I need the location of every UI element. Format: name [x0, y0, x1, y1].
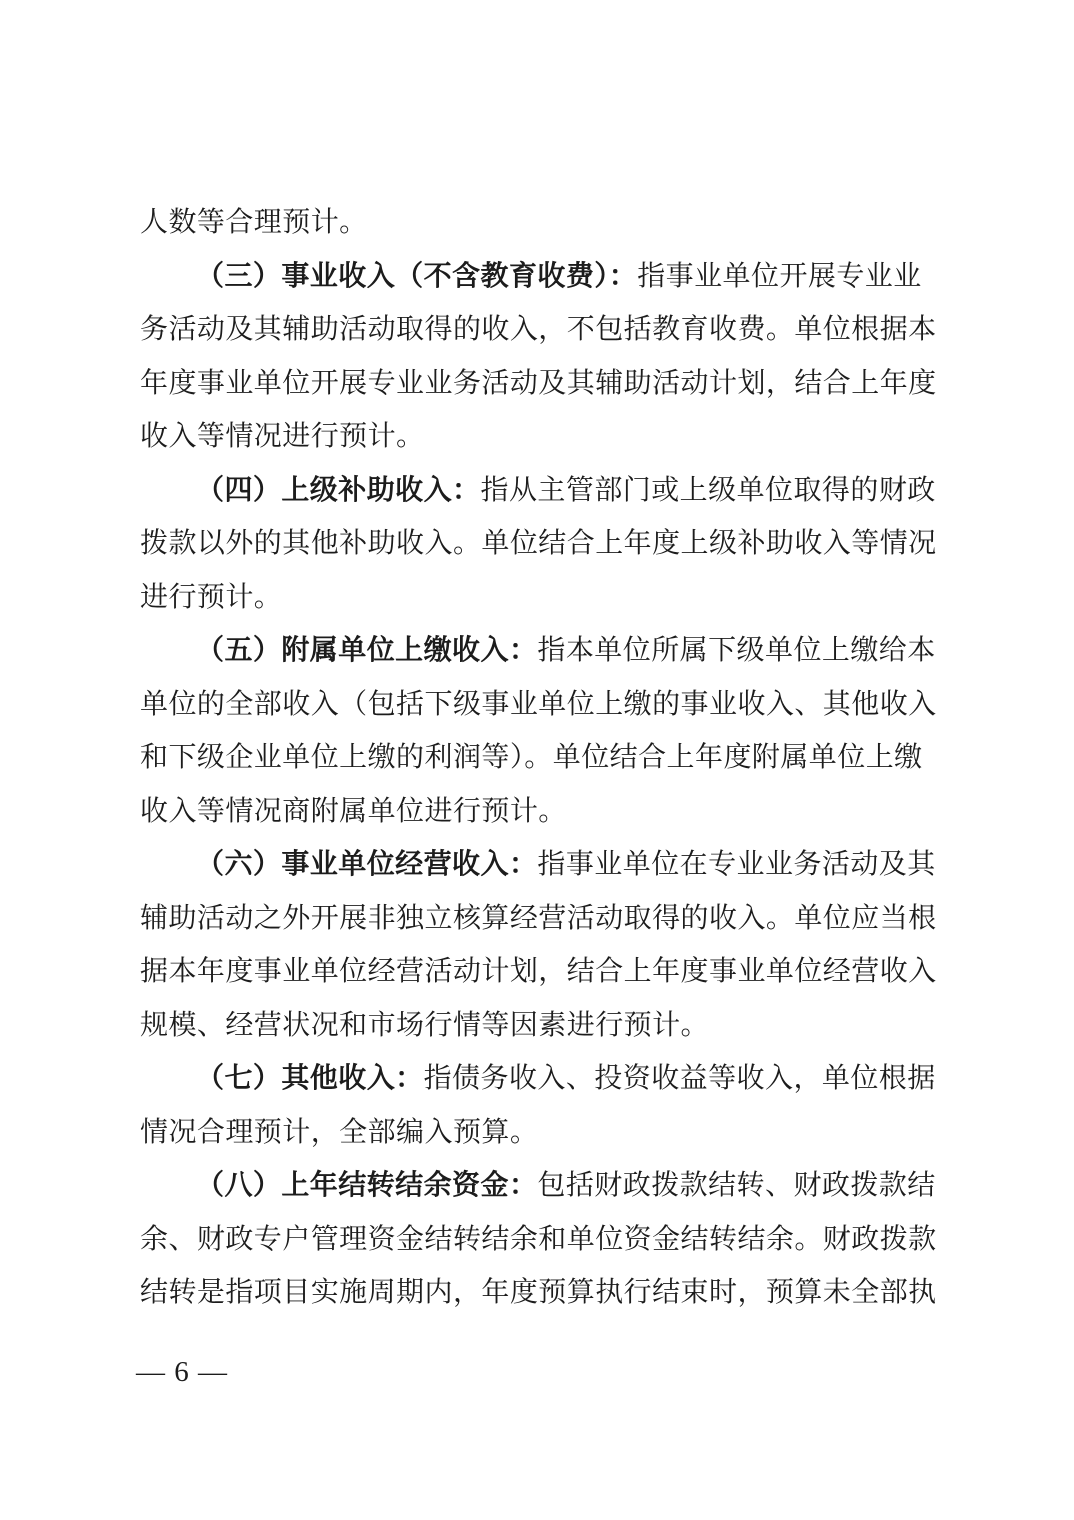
text-line: （七）其他收入：指债务收入、投资收益等收入，单位根据	[140, 1052, 938, 1106]
text-line: 据本年度事业单位经营活动计划，结合上年度事业单位经营收入	[140, 945, 938, 999]
line-text: 指事业单位开展专业业	[637, 261, 922, 292]
text-line: 和下级企业单位上缴的利润等）。单位结合上年度附属单位上缴	[140, 731, 938, 785]
line-text: 结转是指项目实施周期内，年度预算执行结束时，预算未全部执	[140, 1277, 937, 1308]
text-line: 规模、经营状况和市场行情等因素进行预计。	[140, 999, 938, 1053]
text-line: （四）上级补助收入：指从主管部门或上级单位取得的财政	[140, 464, 938, 518]
line-text: 包括财政拨款结转、财政拨款结	[537, 1170, 935, 1201]
line-text: 人数等合理预计。	[140, 207, 368, 238]
text-line: 人数等合理预计。	[140, 196, 938, 250]
text-line: 情况合理预计，全部编入预算。	[140, 1106, 938, 1160]
line-text: 拨款以外的其他补助收入。单位结合上年度上级补助收入等情况	[140, 528, 937, 559]
line-text: 指债务收入、投资收益等收入，单位根据	[424, 1063, 936, 1094]
document-body: 人数等合理预计。 （三）事业收入（不含教育收费）：指事业单位开展专业业 务活动及…	[140, 196, 938, 1320]
text-line: 务活动及其辅助活动取得的收入，不包括教育收费。单位根据本	[140, 303, 938, 357]
text-line: （八）上年结转结余资金：包括财政拨款结转、财政拨款结	[140, 1159, 938, 1213]
document-page: 人数等合理预计。 （三）事业收入（不含教育收费）：指事业单位开展专业业 务活动及…	[0, 0, 1074, 1520]
paragraph-lead: （八）上年结转结余资金：	[196, 1170, 537, 1201]
text-line: 拨款以外的其他补助收入。单位结合上年度上级补助收入等情况	[140, 517, 938, 571]
text-line: 辅助活动之外开展非独立核算经营活动取得的收入。单位应当根	[140, 892, 938, 946]
text-line: （五）附属单位上缴收入：指本单位所属下级单位上缴给本	[140, 624, 938, 678]
line-text: 和下级企业单位上缴的利润等）。单位结合上年度附属单位上缴	[140, 742, 923, 773]
paragraph-lead: （四）上级补助收入：	[196, 475, 481, 506]
text-line: 收入等情况进行预计。	[140, 410, 938, 464]
line-text: 指本单位所属下级单位上缴给本	[537, 635, 935, 666]
text-line: （三）事业收入（不含教育收费）：指事业单位开展专业业	[140, 250, 938, 304]
line-text: 余、财政专户管理资金结转结余和单位资金结转结余。财政拨款	[140, 1224, 937, 1255]
paragraph-lead: （七）其他收入：	[196, 1063, 424, 1094]
text-line: （六）事业单位经营收入：指事业单位在专业业务活动及其	[140, 838, 938, 892]
line-text: 指事业单位在专业业务活动及其	[537, 849, 935, 880]
line-text: 规模、经营状况和市场行情等因素进行预计。	[140, 1010, 709, 1041]
line-text: 指从主管部门或上级单位取得的财政	[481, 475, 936, 506]
line-text: 单位的全部收入（包括下级事业单位上缴的事业收入、其他收入	[140, 689, 937, 720]
text-line: 单位的全部收入（包括下级事业单位上缴的事业收入、其他收入	[140, 678, 938, 732]
text-line: 年度事业单位开展专业业务活动及其辅助活动计划，结合上年度	[140, 357, 938, 411]
paragraph-lead: （三）事业收入（不含教育收费）：	[196, 261, 637, 292]
text-line: 余、财政专户管理资金结转结余和单位资金结转结余。财政拨款	[140, 1213, 938, 1267]
line-text: 收入等情况进行预计。	[140, 421, 425, 452]
line-text: 情况合理预计，全部编入预算。	[140, 1117, 538, 1148]
line-text: 年度事业单位开展专业业务活动及其辅助活动计划，结合上年度	[140, 368, 937, 399]
paragraph-lead: （五）附属单位上缴收入：	[196, 635, 537, 666]
line-text: 收入等情况商附属单位进行预计。	[140, 796, 567, 827]
line-text: 据本年度事业单位经营活动计划，结合上年度事业单位经营收入	[140, 956, 937, 987]
page-number: — 6 —	[136, 1349, 228, 1395]
text-line: 收入等情况商附属单位进行预计。	[140, 785, 938, 839]
text-line: 进行预计。	[140, 571, 938, 625]
line-text: 进行预计。	[140, 582, 282, 613]
text-line: 结转是指项目实施周期内，年度预算执行结束时，预算未全部执	[140, 1266, 938, 1320]
paragraph-lead: （六）事业单位经营收入：	[196, 849, 537, 880]
line-text: 辅助活动之外开展非独立核算经营活动取得的收入。单位应当根	[140, 903, 937, 934]
line-text: 务活动及其辅助活动取得的收入，不包括教育收费。单位根据本	[140, 314, 937, 345]
